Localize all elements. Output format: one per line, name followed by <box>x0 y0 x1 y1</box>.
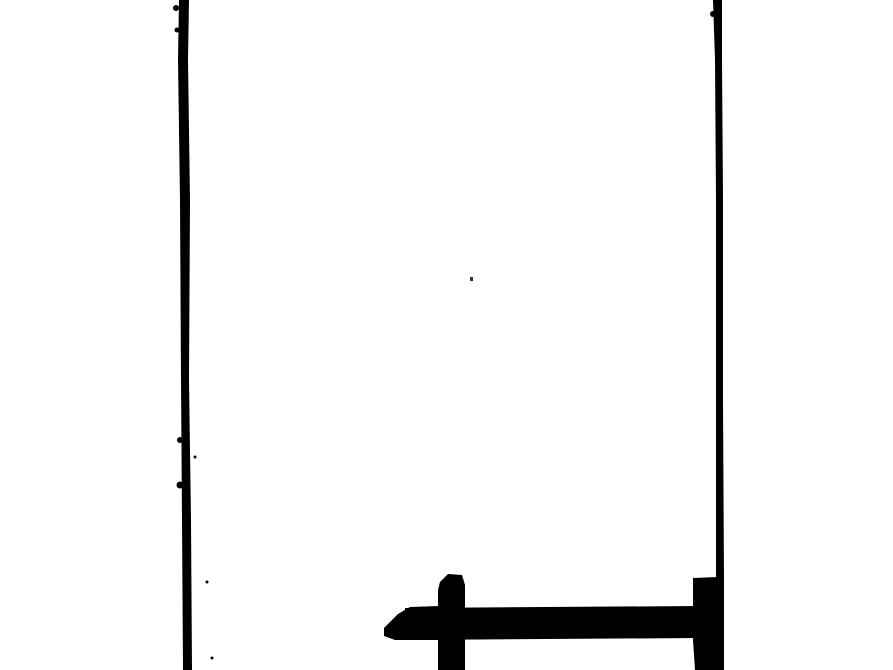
scan-speck <box>206 581 209 584</box>
scan-speck <box>173 5 179 11</box>
arrow-tip <box>384 606 440 640</box>
scan-speck <box>177 482 184 489</box>
scan-speck <box>194 456 197 459</box>
bar-cross-post <box>438 574 465 670</box>
scan-speck <box>175 28 180 33</box>
scan-speck <box>470 277 473 281</box>
right-frame-line <box>713 0 724 670</box>
scan-speck <box>211 657 214 660</box>
bar-end-block <box>693 577 722 670</box>
scan-speck <box>710 11 716 17</box>
scan-speck <box>177 437 183 443</box>
left-frame-line <box>178 0 192 670</box>
diagram-canvas <box>0 0 893 670</box>
